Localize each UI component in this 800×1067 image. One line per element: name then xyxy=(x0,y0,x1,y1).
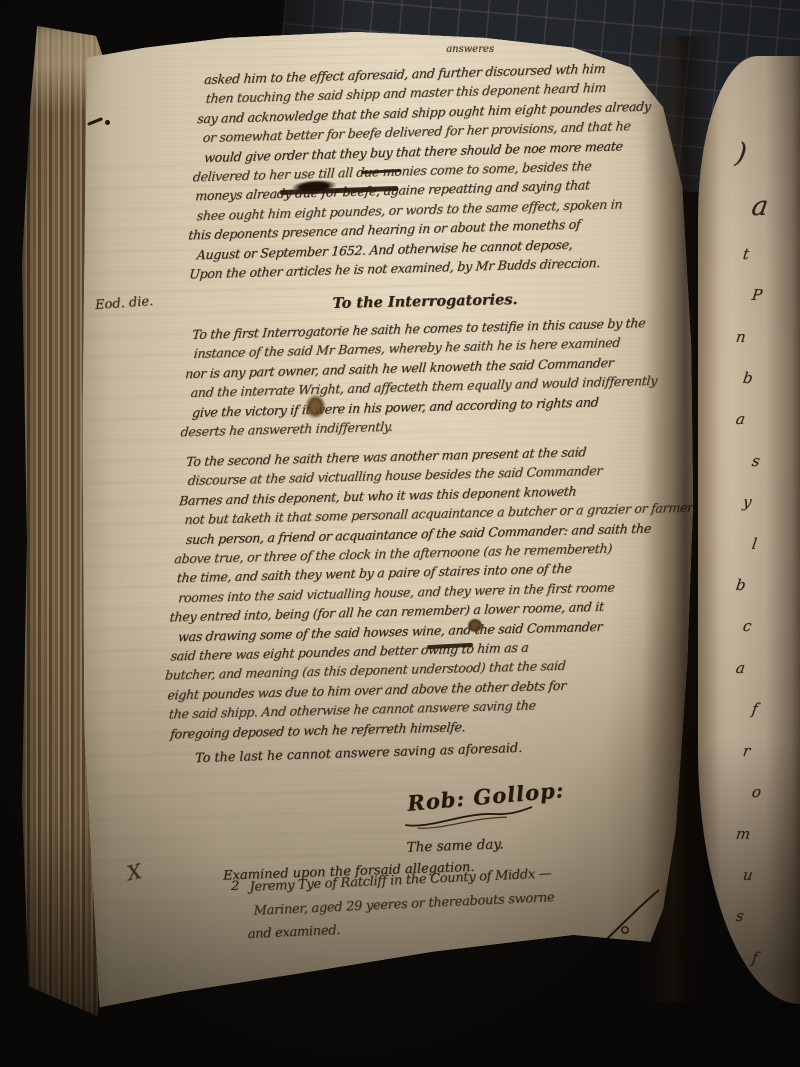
partial-letter-stroke: n xyxy=(735,330,795,345)
manuscript-page: answeres asked him to the effect aforesa… xyxy=(55,28,695,1018)
continuation-paragraph: asked him to the effect aforesaid, and f… xyxy=(189,57,683,284)
partial-letter-stroke: o xyxy=(751,785,795,800)
partial-letter-stroke: u xyxy=(742,868,795,883)
partial-letter-stroke: m xyxy=(735,827,795,842)
ink-blot-tail xyxy=(87,117,103,125)
deposition-number: 2 xyxy=(231,879,239,894)
partial-letter-stroke: a xyxy=(735,412,795,427)
partial-letter-stroke: r xyxy=(742,744,795,759)
partial-letter-stroke: a xyxy=(750,193,796,220)
partial-line-starts: )atPnbasylbcafromusf xyxy=(736,140,794,966)
partial-letter-stroke: l xyxy=(751,537,795,552)
ink-blot-dot xyxy=(105,120,110,125)
round-stain xyxy=(305,394,326,419)
partial-letter-stroke: f xyxy=(751,951,795,966)
small-stain xyxy=(467,618,483,633)
second-interrogatory-paragraph: To the second he saith there was another… xyxy=(164,440,683,744)
partial-letter-stroke: t xyxy=(742,247,795,262)
partial-letter-stroke: b xyxy=(742,371,795,386)
page-header-annotation: answeres xyxy=(405,44,535,55)
partial-letter-stroke: ) xyxy=(734,140,796,167)
partial-letter-stroke: P xyxy=(751,288,795,303)
first-interrogatory-paragraph: To the first Interrogatorie he saith he … xyxy=(184,312,679,441)
partial-letter-stroke: b xyxy=(735,578,795,593)
partial-letter-stroke: y xyxy=(742,495,795,510)
partial-letter-stroke: a xyxy=(735,661,795,676)
partial-letter-stroke: s xyxy=(735,909,795,924)
partial-letter-stroke: f xyxy=(751,702,795,717)
partial-letter-stroke: s xyxy=(751,454,795,469)
manuscript-photograph: answeres asked him to the effect aforesa… xyxy=(0,0,800,1067)
facing-page-edge: )atPnbasylbcafromusf xyxy=(698,56,800,1004)
partial-letter-stroke: c xyxy=(742,619,795,634)
